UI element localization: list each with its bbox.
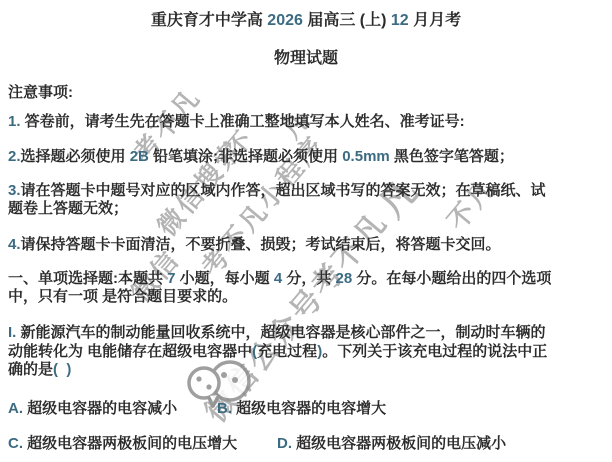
question-1-line-2: 动能转化为 电能储存在超级电容器中(充电过程)。下列关于该充电过程的说法中正 [8,343,547,361]
section-heading-line-1: 一、单项选择题:本题共 7 小题，每小题 4 分，共 28 分。在每小题给出的四… [8,270,551,288]
option-b-label: B. [217,400,232,417]
option-b-text: 超级电容器的电容增大 [232,400,386,417]
option-a: A. 超级电容器的电容减小 [8,397,177,418]
option-d: D. 超级电容器两极板间的电压减小 [277,432,506,453]
section-heading-line-2: 中，只有一项 是符合题目要求的。 [8,288,237,306]
option-b: B. 超级电容器的电容增大 [217,397,386,418]
paper-subtitle: 物理试题 [0,50,612,68]
option-c-label: C. [8,435,23,452]
notice-item-4: 4.请保持答题卡卡面清洁，不要折叠、损毁；考试结束后，将答题卡交回。 [8,236,501,254]
option-c: C. 超级电容器两极板间的电压增大 [8,432,237,453]
option-a-label: A. [8,400,23,417]
option-a-text: 超级电容器的电容减小 [23,400,177,417]
watermark-text: 不凡 [438,169,504,237]
notice-heading: 注意事项: [8,84,73,102]
option-d-label: D. [277,435,292,452]
exam-title: 重庆育才中学高 2026 届高三 (上) 12 月月考 [0,12,612,30]
exam-paper-page: 考不凡不凡微信搜索考不凡小程序微信微信公众号考不凡凡不凡 重庆育才中学高 202… [0,0,612,462]
option-c-text: 超级电容器两极板间的电压增大 [23,435,237,452]
notice-item-1: 1. 答卷前，请考生先在答题卡上准确工整地填写本人姓名、准考证号: [8,113,465,131]
notice-item-3-line-2: 题卷上答题无效； [8,200,128,218]
notice-item-2: 2.选择题必须使用 2B 铅笔填涂;非选择题必须使用 0.5mm 黑色签字笔答题… [8,148,514,166]
notice-item-3-line-1: 3.请在答题卡中题号对应的区域内作答，超出区域书写的答案无效；在草稿纸、试 [8,182,546,200]
question-1-line-3: 确的是( ) [8,361,71,379]
question-1-line-1: I. 新能源汽车的制动能量回收系统中，超级电容器是核心部件之一，制动时车辆的 [8,324,546,342]
option-d-text: 超级电容器两极板间的电压减小 [292,435,506,452]
